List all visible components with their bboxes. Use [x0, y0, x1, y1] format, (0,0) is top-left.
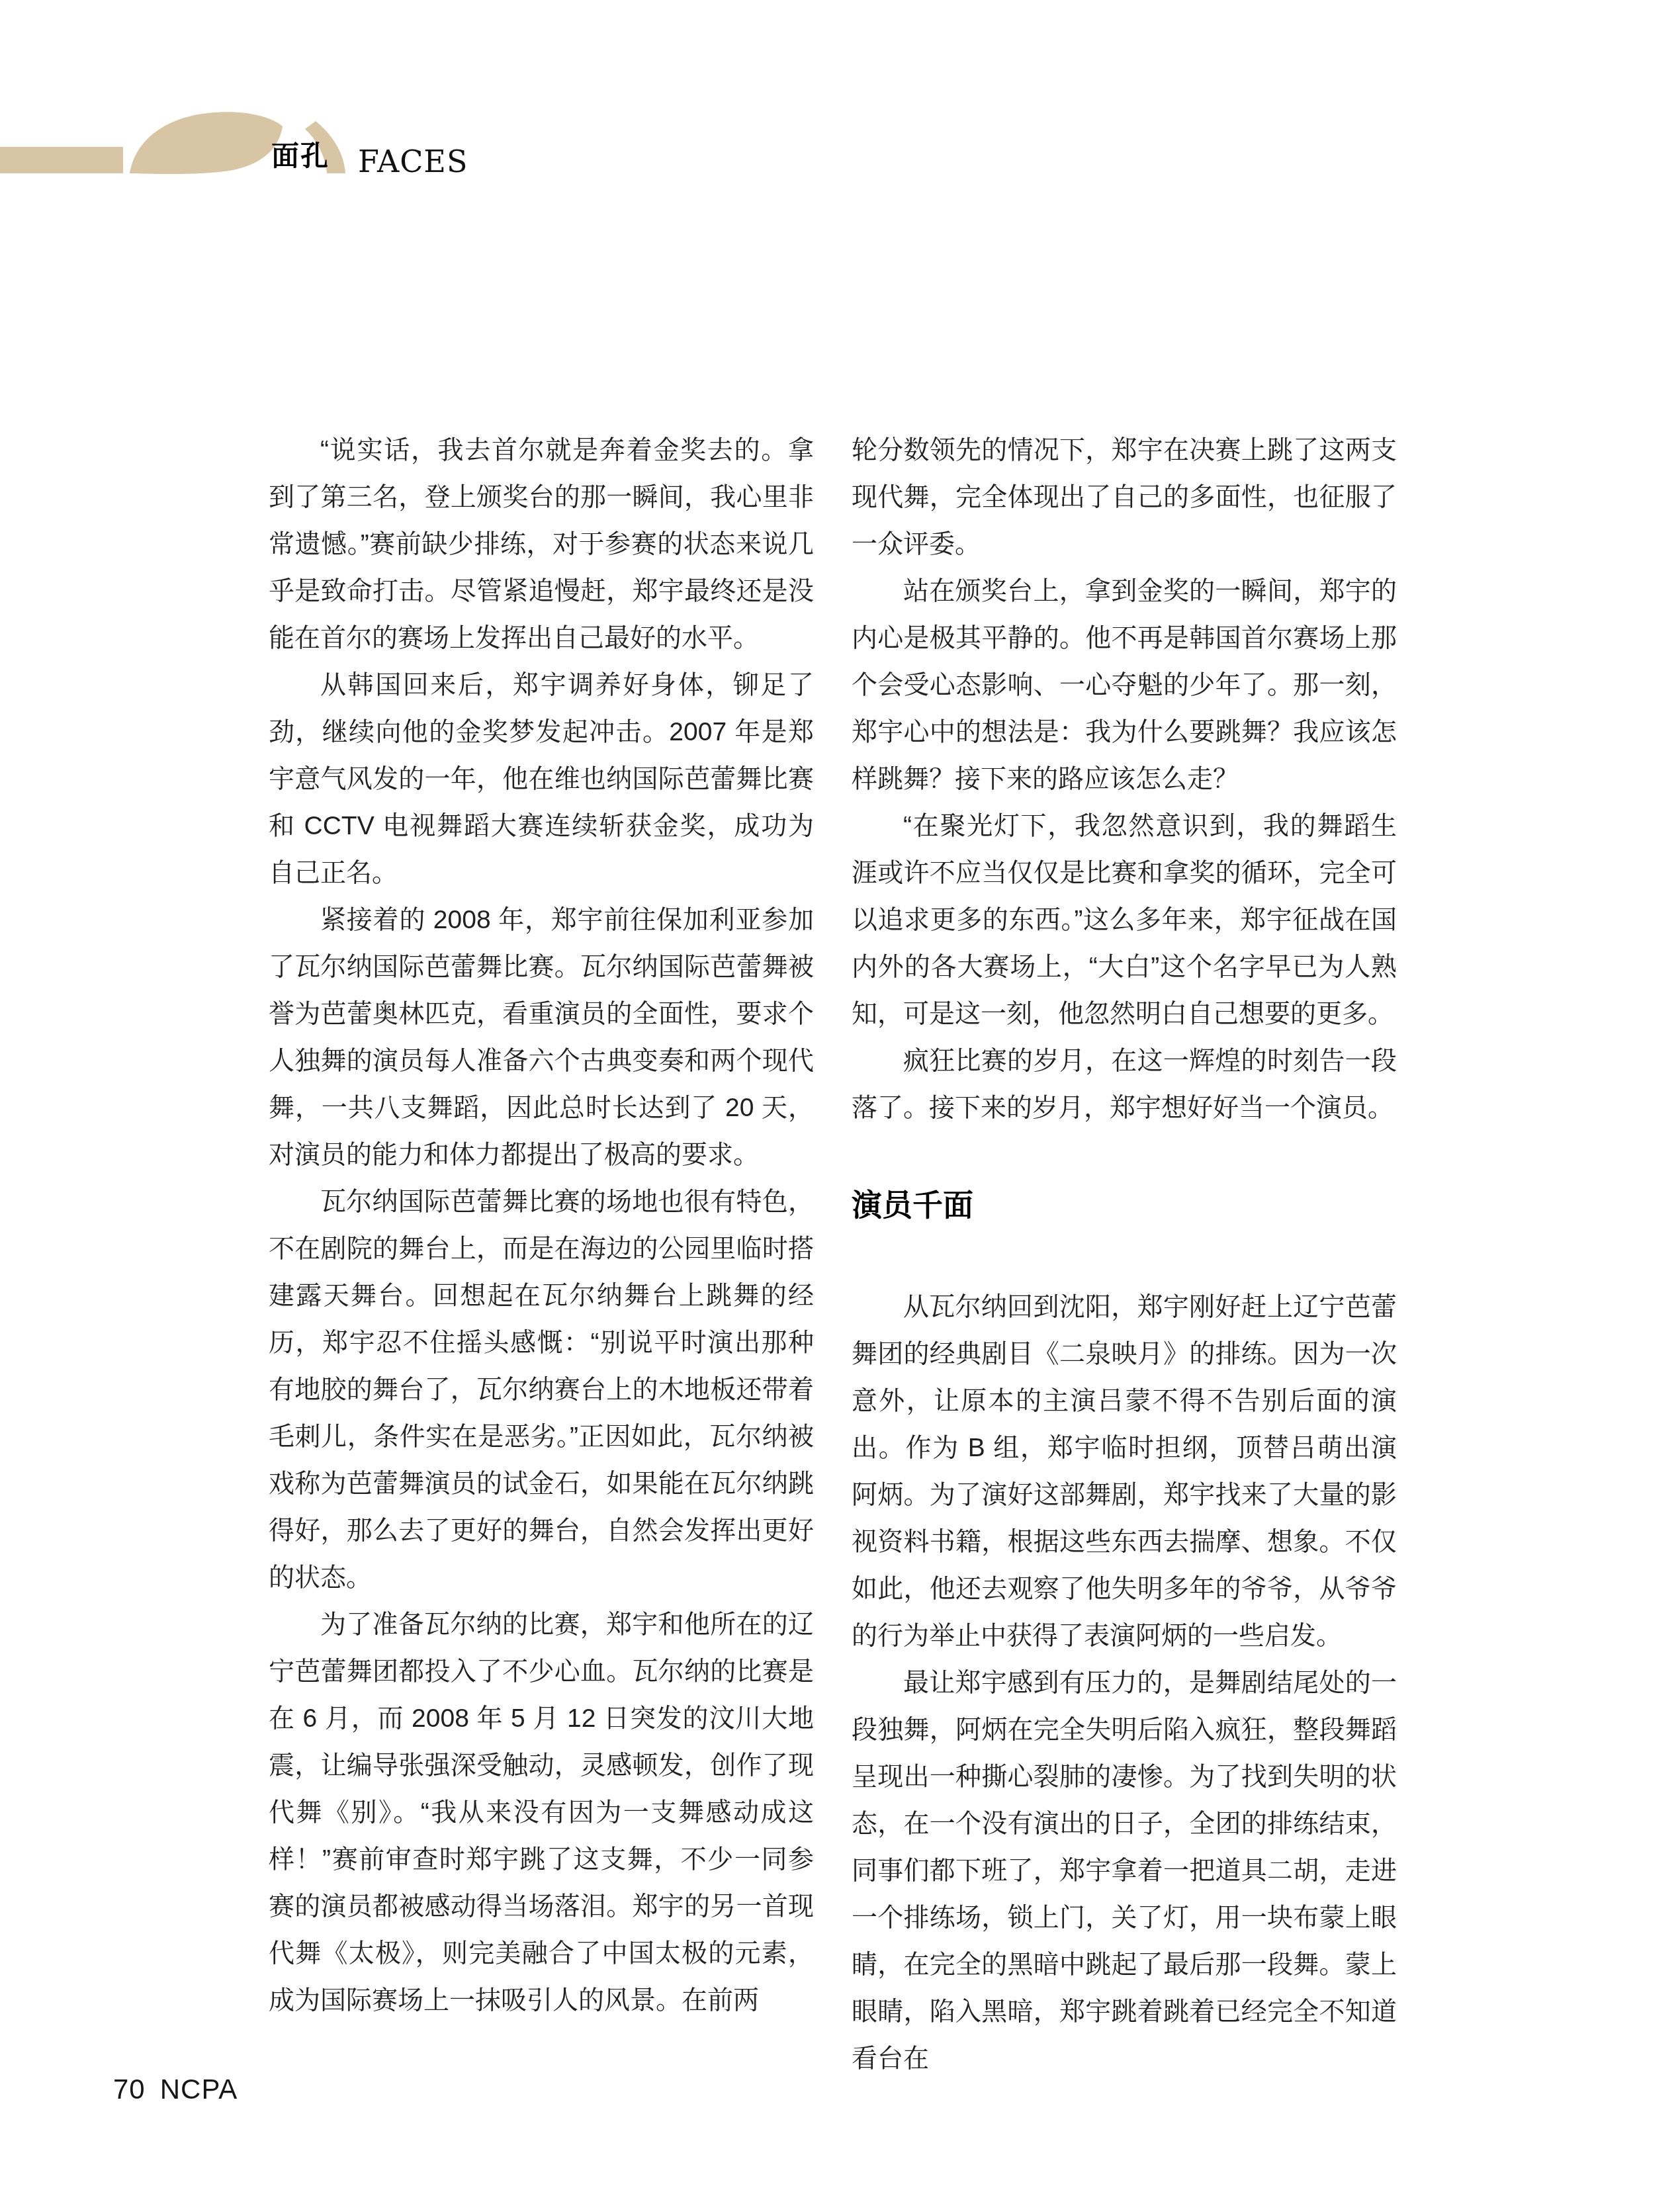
paragraph: 疯狂比赛的岁月，在这一辉煌的时刻告一段落了。接下来的岁月，郑宇想好好当一个演员。	[852, 1037, 1397, 1131]
paragraph: 紧接着的 2008 年，郑宇前往保加利亚参加了瓦尔纳国际芭蕾舞比赛。瓦尔纳国际芭…	[269, 897, 814, 1178]
paragraph: 最让郑宇感到有压力的，是舞剧结尾处的一段独舞，阿炳在完全失明后陷入疯狂，整段舞蹈…	[852, 1659, 1397, 2082]
page-footer: 70NCPA	[113, 2074, 238, 2105]
page-header: 面孔 FACES	[0, 0, 794, 212]
right-column: 轮分数领先的情况下，郑宇在决赛上跳了这两支现代舞，完全体现出了自己的多面性，也征…	[852, 427, 1397, 2082]
paragraph: 瓦尔纳国际芭蕾舞比赛的场地也很有特色，不在剧院的舞台上，而是在海边的公园里临时搭…	[269, 1178, 814, 1601]
header-bar-shape	[0, 147, 123, 173]
journal-abbrev: NCPA	[160, 2074, 238, 2105]
paragraph: 从瓦尔纳回到沈阳，郑宇刚好赶上辽宁芭蕾舞团的经典剧目《二泉映月》的排练。因为一次…	[852, 1284, 1397, 1659]
magazine-page: 面孔 FACES “说实话，我去首尔就是奔着金奖去的。拿到了第三名，登上颁奖台的…	[0, 0, 1680, 2188]
paragraph: 轮分数领先的情况下，郑宇在决赛上跳了这两支现代舞，完全体现出了自己的多面性，也征…	[852, 427, 1397, 568]
paragraph: 为了准备瓦尔纳的比赛，郑宇和他所在的辽宁芭蕾舞团都投入了不少心血。瓦尔纳的比赛是…	[269, 1601, 814, 2024]
section-title-zh: 面孔	[271, 141, 330, 171]
page-number: 70	[113, 2074, 146, 2105]
paragraph: “在聚光灯下，我忽然意识到，我的舞蹈生涯或许不应当仅仅是比赛和拿奖的循环，完全可…	[852, 803, 1397, 1037]
subsection-heading: 演员千面	[852, 1187, 1397, 1223]
header-sail-shape	[130, 112, 283, 174]
paragraph: 站在颁奖台上，拿到金奖的一瞬间，郑宇的内心是极其平静的。他不再是韩国首尔赛场上那…	[852, 568, 1397, 803]
left-column: “说实话，我去首尔就是奔着金奖去的。拿到了第三名，登上颁奖台的那一瞬间，我心里非…	[269, 427, 814, 2024]
section-title-en: FACES	[358, 146, 468, 177]
paragraph: “说实话，我去首尔就是奔着金奖去的。拿到了第三名，登上颁奖台的那一瞬间，我心里非…	[269, 427, 814, 662]
paragraph: 从韩国回来后，郑宇调养好身体，铆足了劲，继续向他的金奖梦发起冲击。2007 年是…	[269, 662, 814, 897]
